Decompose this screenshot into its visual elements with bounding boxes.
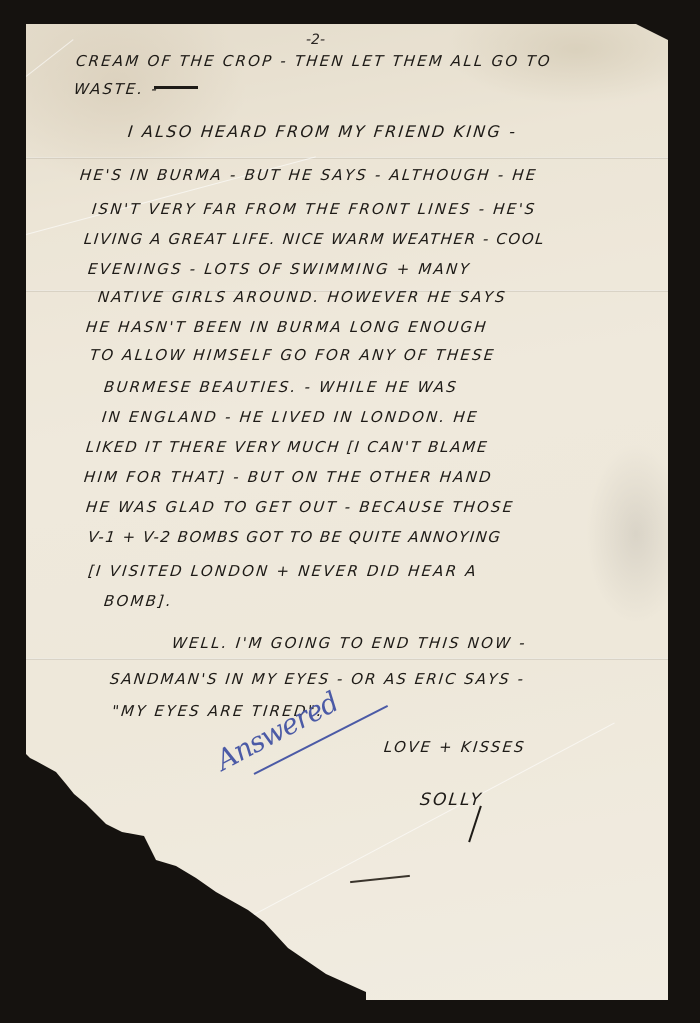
letter-line: I also heard from my friend King -	[127, 122, 518, 141]
valediction: Love + Kisses	[383, 738, 527, 756]
letter-line: living a great life. Nice warm weather -…	[83, 230, 546, 248]
letter-line: evenings - lots of swimming + many	[87, 260, 472, 278]
letter-line: [I visited London + never did hear a	[87, 562, 479, 580]
letter-line: waste. -	[73, 80, 160, 98]
letter-line: He's in Burma - but he says - although -…	[79, 166, 539, 184]
letter-line: him for that] - but on the other hand	[83, 468, 494, 486]
letter-line: in England - he lived in London. He	[101, 408, 480, 426]
page-number: -2-	[306, 32, 325, 48]
diagonal-crease	[26, 39, 74, 77]
fold-line	[26, 157, 668, 159]
letter-line: Cream of the crop - then let them all go…	[75, 52, 553, 70]
letter-line: liked it there very much [I can't blame	[85, 438, 489, 456]
letter-line: he hasn't been in Burma long enough	[85, 318, 489, 336]
letter-line: Burmese beauties. - While he was	[103, 378, 459, 396]
letter-line: V-1 + V-2 bombs got to be quite annoying	[87, 528, 502, 546]
letter-line: Well. I'm going to end this now -	[171, 634, 528, 652]
letter-line: Sandman's in my eyes - or as Eric says -	[109, 670, 526, 688]
letter-line: bomb].	[103, 592, 174, 610]
signature: Solly	[419, 790, 484, 810]
letter-line: native girls around. However he says	[97, 288, 508, 306]
crossed-out-word	[154, 86, 198, 89]
letter-line: isn't very far from the front lines - he…	[91, 200, 537, 218]
letter-line: to allow himself go for any of these	[89, 346, 497, 364]
fold-line	[26, 658, 668, 660]
letter-line: he was glad to get out - because those	[85, 498, 515, 516]
